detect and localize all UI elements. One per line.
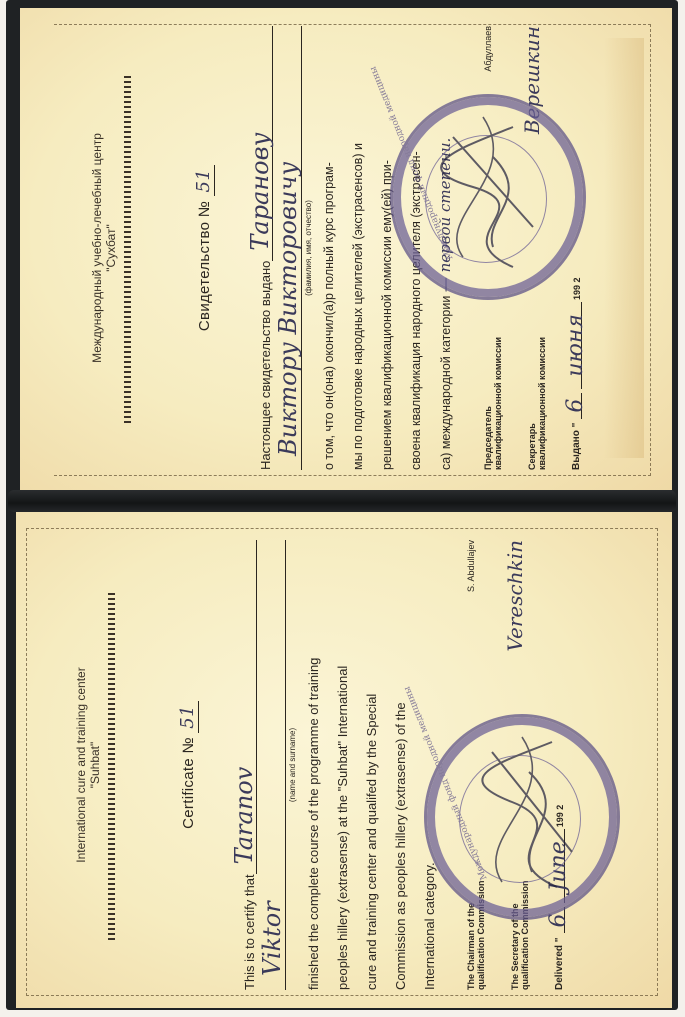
certificate-number: 51 (177, 701, 199, 733)
chairman-name: S. Abdullajev (466, 540, 476, 592)
recipient-surname: Таранову (248, 26, 273, 261)
official-seal-stamp: Международный фонд народной медицины (424, 714, 620, 920)
issuer-brand: "Сухбат" (104, 26, 118, 470)
russian-certificate-page: Международный учебно-лечебный центр "Сух… (20, 8, 672, 490)
recipient-line: Настоящее свидетельство выдано Таранову (248, 26, 273, 470)
issuer-name: Международный учебно-лечебный центр (90, 26, 104, 470)
certificate-body: finished the complete course of the prog… (299, 540, 444, 990)
certificate-title: Свидетельство № 51 (193, 26, 214, 470)
decorative-dotted-rule (108, 590, 115, 940)
issuer-name: International cure and training center (74, 540, 88, 990)
recipient-surname: Taranov (232, 540, 257, 874)
recipient-name: Viktor (259, 540, 286, 990)
certificate-number: 51 (193, 165, 215, 197)
signature-scribble-icon (457, 727, 597, 897)
russian-page-content: Международный учебно-лечебный центр "Сух… (90, 26, 660, 470)
issuer-header: Международный учебно-лечебный центр "Сух… (90, 26, 118, 470)
chairman-name: Абдуллаев (483, 26, 493, 72)
certificate-title: Certificate № 51 (177, 540, 198, 990)
secretary-name: Vereschkin (510, 540, 520, 652)
booklet-spine (8, 490, 676, 512)
recipient-name: Виктору Викторовичу (275, 26, 302, 470)
name-caption: (name and surname) (288, 540, 297, 990)
english-page-content: International cure and training center "… (74, 540, 664, 990)
issuer-brand: "Suhbat" (88, 540, 102, 990)
decorative-dotted-rule (124, 73, 131, 423)
signature-scribble-icon (423, 107, 563, 277)
issuer-header: International cure and training center "… (74, 540, 102, 990)
english-certificate-page: International cure and training center "… (16, 512, 672, 1008)
name-caption: (фамилия, имя, отчество) (304, 26, 313, 470)
recipient-line: This is to certify that Taranov (232, 540, 257, 990)
official-seal-stamp: Международный фонд народной медицины (390, 94, 586, 300)
